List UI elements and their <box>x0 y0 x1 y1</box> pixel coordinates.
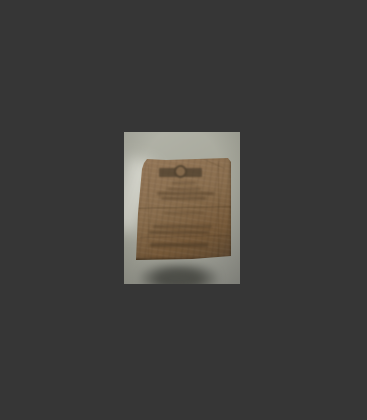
dark-backdrop <box>0 0 367 420</box>
photo-vignette <box>124 132 240 284</box>
paper-bag-photo <box>124 132 240 284</box>
